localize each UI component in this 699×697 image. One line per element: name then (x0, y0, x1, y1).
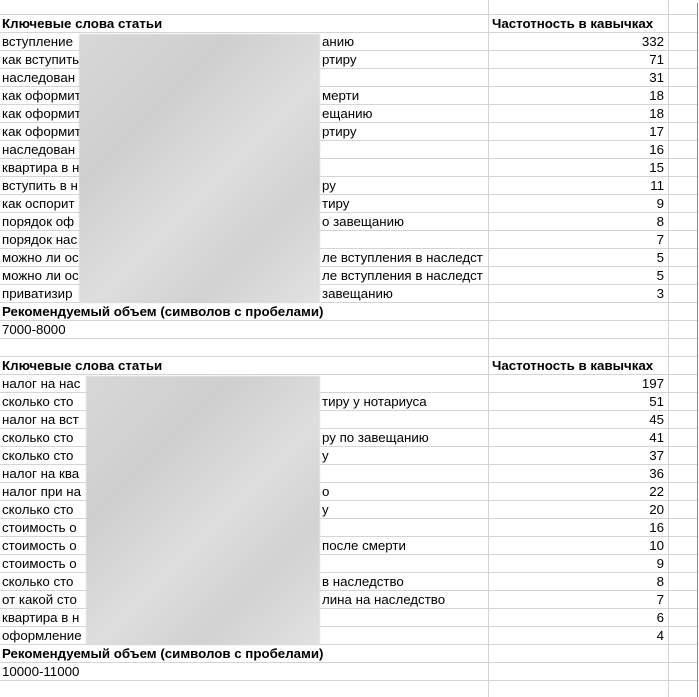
keyword-tail-text: ртиру (322, 51, 357, 68)
empty-cell[interactable] (668, 411, 697, 428)
empty-cell[interactable] (668, 501, 697, 518)
empty-cell[interactable] (668, 177, 697, 194)
empty-cell[interactable] (668, 591, 697, 608)
keyword-tail-text: мерти (322, 87, 359, 104)
empty-cell[interactable] (668, 285, 697, 302)
frequency-cell[interactable]: 16 (488, 519, 668, 536)
frequency-cell[interactable] (488, 321, 668, 338)
keywords-header[interactable]: Ключевые слова статьи (0, 357, 488, 374)
spreadsheet: Ключевые слова статьи Частотность в кавы… (0, 0, 699, 697)
empty-cell[interactable] (668, 681, 697, 697)
empty-cell[interactable] (668, 627, 697, 644)
keywords-header[interactable]: Ключевые слова статьи (0, 15, 488, 32)
frequency-cell[interactable]: 22 (488, 483, 668, 500)
keyword-tail-text: ле вступления в наследст (322, 267, 483, 284)
frequency-cell[interactable]: 3 (488, 285, 668, 302)
empty-cell[interactable] (668, 465, 697, 482)
empty-cell[interactable] (668, 267, 697, 284)
empty-cell[interactable] (668, 609, 697, 626)
frequency-cell[interactable]: 5 (488, 249, 668, 266)
empty-cell[interactable] (668, 555, 697, 572)
keyword-tail-text: после смерти (322, 537, 406, 554)
frequency-cell[interactable]: 20 (488, 501, 668, 518)
empty-cell[interactable] (668, 537, 697, 554)
frequency-cell[interactable]: 37 (488, 447, 668, 464)
keyword-tail-text: у (322, 447, 329, 464)
empty-cell[interactable] (668, 321, 697, 338)
frequency-cell[interactable] (488, 645, 668, 662)
keyword-cell[interactable] (0, 339, 488, 356)
frequency-cell[interactable]: 18 (488, 105, 668, 122)
frequency-cell[interactable]: 7 (488, 231, 668, 248)
empty-cell[interactable] (668, 339, 697, 356)
empty-cell[interactable] (668, 69, 697, 86)
frequency-cell[interactable]: 10 (488, 537, 668, 554)
empty-cell[interactable] (668, 105, 697, 122)
frequency-cell[interactable]: 18 (488, 87, 668, 104)
empty-cell[interactable] (668, 375, 697, 392)
empty-cell[interactable] (668, 51, 697, 68)
empty-cell[interactable] (668, 303, 697, 320)
keyword-tail-text: ру (322, 177, 336, 194)
frequency-cell[interactable]: 71 (488, 51, 668, 68)
empty-cell[interactable] (668, 357, 697, 374)
keyword-tail-text: тиру (322, 195, 349, 212)
frequency-cell[interactable]: 197 (488, 375, 668, 392)
frequency-cell[interactable]: 6 (488, 609, 668, 626)
header-row: Ключевые слова статьи Частотность в кавы… (0, 357, 697, 375)
empty-cell[interactable] (668, 87, 697, 104)
frequency-cell[interactable]: 51 (488, 393, 668, 410)
blank-row (0, 681, 697, 697)
empty-cell[interactable] (668, 429, 697, 446)
empty-cell[interactable] (668, 249, 697, 266)
empty-cell[interactable] (668, 213, 697, 230)
keyword-tail-text: завещанию (322, 285, 393, 302)
keyword-tail-text: о (322, 483, 329, 500)
frequency-cell[interactable]: 8 (488, 573, 668, 590)
frequency-header[interactable]: Частотность в кавычках (488, 357, 668, 374)
keyword-tail-text: у (322, 501, 329, 518)
empty-cell[interactable] (668, 645, 697, 662)
volume-label[interactable]: Рекомендуемый объем (символов с пробелам… (0, 303, 488, 320)
frequency-cell[interactable]: 16 (488, 141, 668, 158)
empty-cell[interactable] (668, 33, 697, 50)
frequency-cell[interactable]: 41 (488, 429, 668, 446)
keyword-tail-text: тиру у нотариуса (322, 393, 427, 410)
keyword-cell[interactable] (0, 681, 488, 697)
frequency-cell[interactable]: 17 (488, 123, 668, 140)
volume-value[interactable]: 7000-8000 (0, 321, 488, 338)
empty-cell[interactable] (668, 159, 697, 176)
keyword-tail-text: лина на наследство (322, 591, 445, 608)
empty-cell[interactable] (668, 519, 697, 536)
frequency-cell[interactable]: 9 (488, 555, 668, 572)
frequency-cell[interactable] (488, 681, 668, 697)
empty-cell[interactable] (668, 573, 697, 590)
keyword-tail-text: о завещанию (322, 213, 404, 230)
frequency-cell[interactable]: 31 (488, 69, 668, 86)
redacted-region (79, 34, 320, 303)
frequency-cell[interactable]: 4 (488, 627, 668, 644)
volume-label[interactable]: Рекомендуемый объем (символов с пробелам… (0, 645, 488, 662)
volume-value-row: 7000-8000 (0, 321, 697, 339)
frequency-cell[interactable]: 5 (488, 267, 668, 284)
empty-cell[interactable] (668, 231, 697, 248)
blank-row (0, 339, 697, 357)
frequency-cell[interactable] (488, 303, 668, 320)
frequency-cell[interactable]: 9 (488, 195, 668, 212)
empty-cell[interactable] (668, 141, 697, 158)
empty-cell[interactable] (668, 123, 697, 140)
frequency-cell[interactable]: 36 (488, 465, 668, 482)
keyword-tail-text: ру по завещанию (322, 429, 429, 446)
frequency-cell[interactable] (488, 339, 668, 356)
frequency-cell[interactable]: 45 (488, 411, 668, 428)
frequency-cell[interactable] (488, 663, 668, 680)
keyword-tail-text: ещанию (322, 105, 372, 122)
empty-cell[interactable] (668, 195, 697, 212)
volume-label-row: Рекомендуемый объем (символов с пробелам… (0, 645, 697, 663)
frequency-cell[interactable]: 11 (488, 177, 668, 194)
empty-cell[interactable] (668, 393, 697, 410)
volume-value[interactable]: 10000-11000 (0, 663, 488, 680)
grid-line (488, 0, 489, 15)
grid-line (668, 0, 669, 15)
volume-label-row: Рекомендуемый объем (символов с пробелам… (0, 303, 697, 321)
header-row: Ключевые слова статьи Частотность в кавы… (0, 15, 697, 33)
empty-cell[interactable] (668, 447, 697, 464)
keyword-tail-text: ле вступления в наследст (322, 249, 483, 266)
keyword-tail-text: в наследство (322, 573, 404, 590)
empty-cell[interactable] (668, 15, 697, 32)
redacted-region (86, 376, 320, 645)
keyword-tail-text: анию (322, 33, 354, 50)
keyword-tail-text: ртиру (322, 123, 357, 140)
frequency-cell[interactable]: 15 (488, 159, 668, 176)
sheet-edge (697, 3, 698, 697)
empty-cell[interactable] (668, 483, 697, 500)
empty-cell[interactable] (668, 663, 697, 680)
volume-value-row: 10000-11000 (0, 663, 697, 681)
frequency-cell[interactable]: 332 (488, 33, 668, 50)
frequency-header[interactable]: Частотность в кавычках (488, 15, 668, 32)
frequency-cell[interactable]: 8 (488, 213, 668, 230)
frequency-cell[interactable]: 7 (488, 591, 668, 608)
